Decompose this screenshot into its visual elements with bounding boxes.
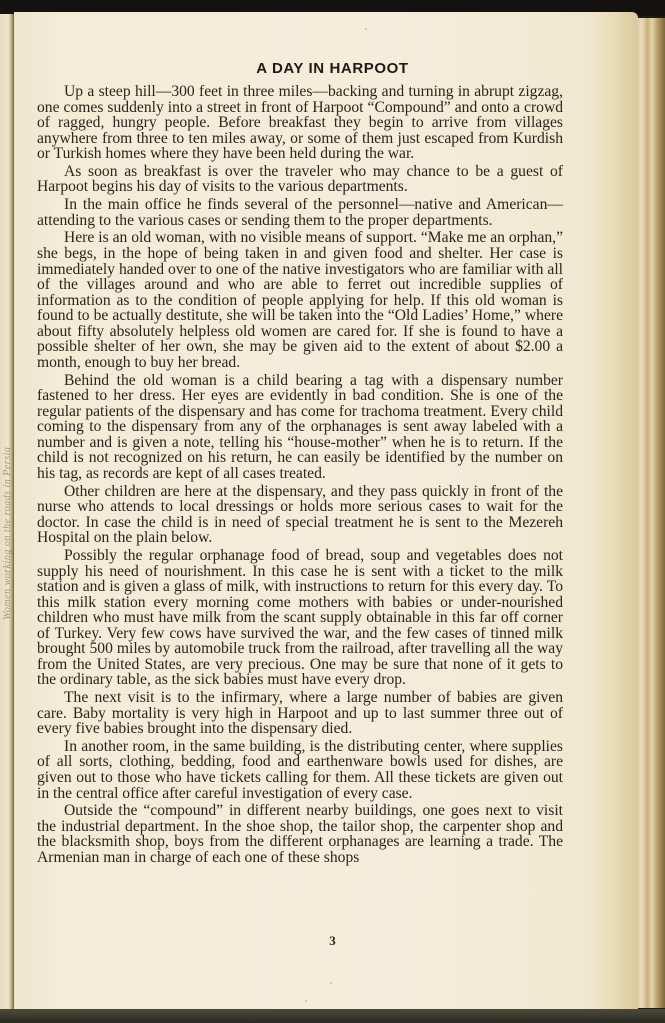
- paragraph: In the main office he finds several of t…: [37, 197, 563, 228]
- paper-speck: [305, 1000, 307, 1002]
- book-page-edges: [636, 18, 665, 1008]
- paragraph: Other children are here at the dispensar…: [37, 484, 563, 546]
- paper-speck: [330, 982, 332, 984]
- paragraph: The next visit is to the infirmary, wher…: [37, 690, 563, 737]
- paper-speck: [365, 28, 367, 30]
- page-number: 3: [0, 933, 665, 949]
- body-text: Up a steep hill—300 feet in three miles—…: [37, 84, 563, 868]
- paragraph: Up a steep hill—300 feet in three miles—…: [37, 84, 563, 162]
- paragraph: Here is an old woman, with no visible me…: [37, 230, 563, 370]
- scan-background-bottom: [0, 1009, 665, 1023]
- margin-caption: Women working on the roads in Persia: [2, 320, 18, 620]
- paragraph: Outside the “compound” in different near…: [37, 803, 563, 865]
- chapter-title: A DAY IN HARPOOT: [0, 60, 665, 77]
- paragraph: Possibly the regular orphanage food of b…: [37, 548, 563, 688]
- paragraph: Behind the old woman is a child bearing …: [37, 373, 563, 482]
- paragraph: In another room, in the same building, i…: [37, 739, 563, 801]
- paragraph: As soon as breakfast is over the travele…: [37, 164, 563, 195]
